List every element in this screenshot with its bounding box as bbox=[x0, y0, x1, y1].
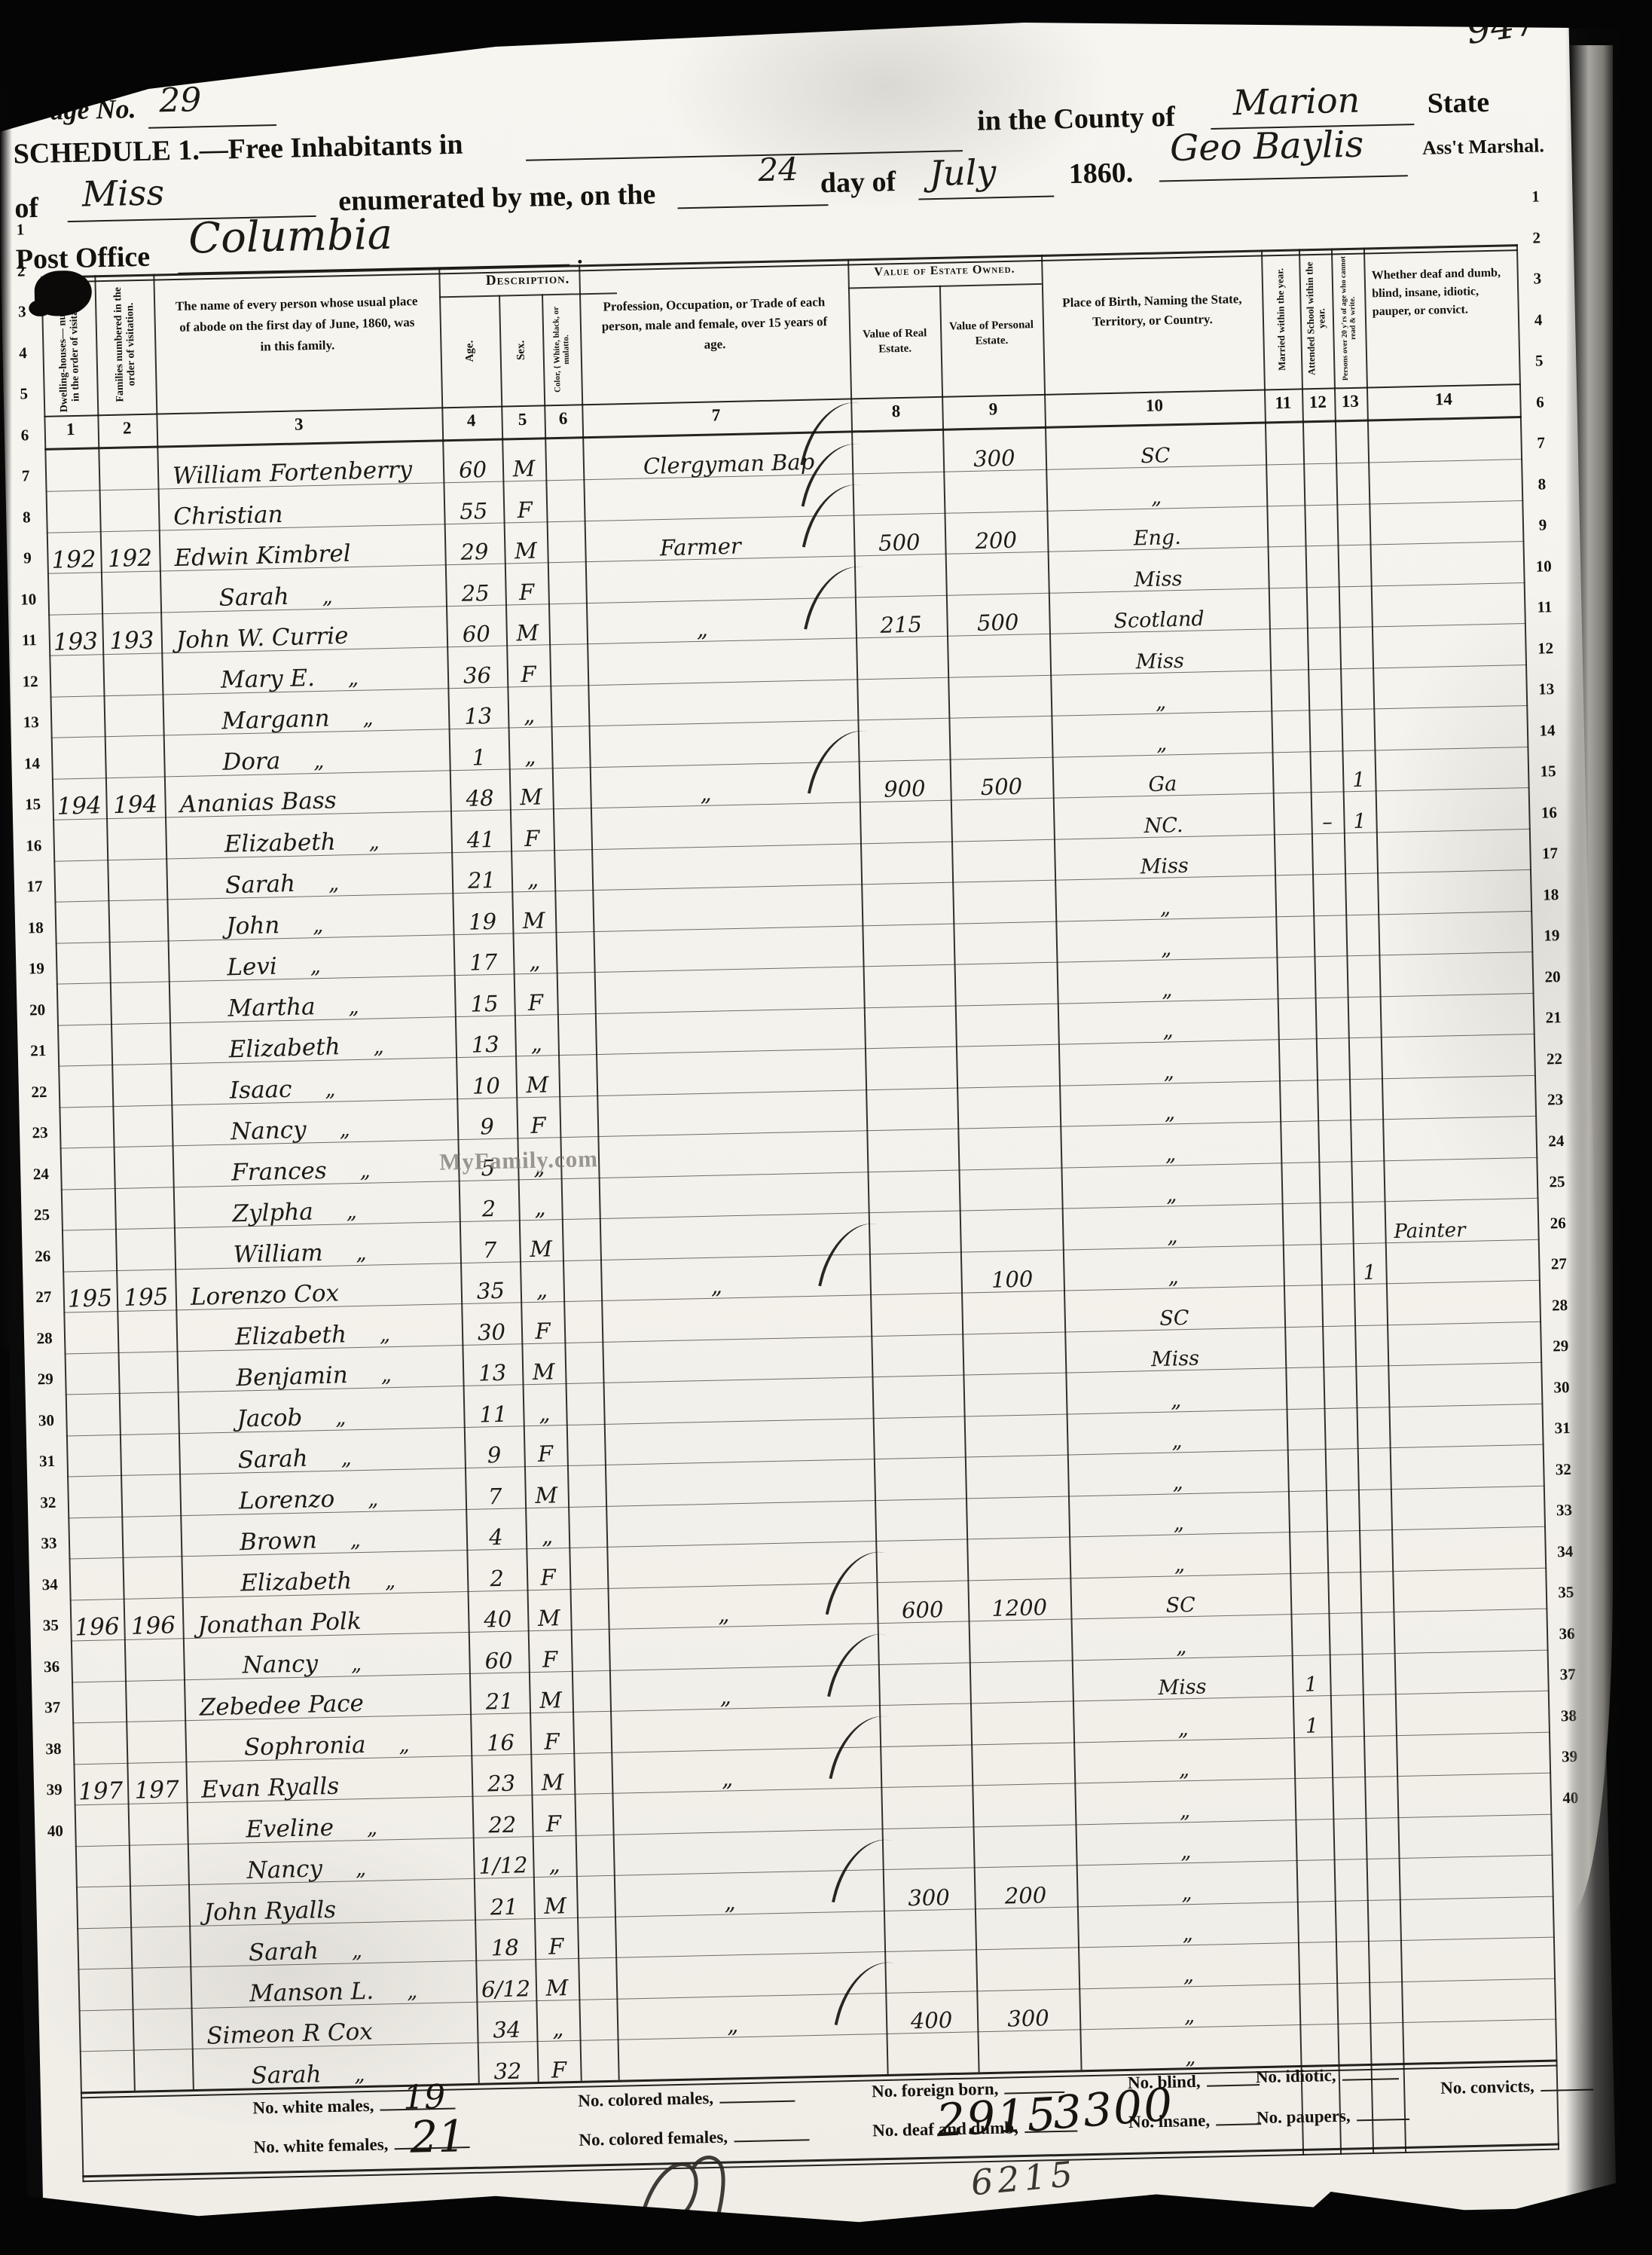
ditto-mark: „ bbox=[313, 913, 324, 937]
cell-age: 7 bbox=[460, 1239, 520, 1262]
row-number: 2 bbox=[1517, 228, 1556, 248]
cell-dwelling-number: 197 bbox=[75, 1780, 127, 1804]
ditto-mark: „ bbox=[335, 1406, 347, 1429]
row-number: 1 bbox=[1516, 187, 1555, 206]
cell-personal-estate: 300 bbox=[943, 446, 1046, 471]
row-number: 1 bbox=[2, 220, 40, 240]
column-number: 14 bbox=[1435, 390, 1453, 409]
cell-sex: M bbox=[519, 1238, 563, 1260]
cell-age: 13 bbox=[463, 1361, 523, 1385]
row-number: 15 bbox=[1529, 762, 1568, 781]
column-number: 9 bbox=[988, 399, 997, 419]
row-number: 31 bbox=[1544, 1419, 1582, 1438]
cell-sex: F bbox=[530, 1730, 574, 1752]
row-number: 13 bbox=[12, 713, 50, 732]
row-number: 4 bbox=[4, 343, 42, 362]
cell-family-number: 195 bbox=[118, 1285, 175, 1310]
row-number: 27 bbox=[1540, 1254, 1578, 1274]
cell-sex: M bbox=[533, 1894, 577, 1917]
day-label: day of bbox=[820, 165, 896, 200]
cell-age: 60 bbox=[446, 622, 506, 646]
cell-sex: „ bbox=[513, 950, 557, 973]
day-blank bbox=[678, 204, 829, 209]
person-name: Nancy bbox=[246, 1855, 322, 1884]
row-number: 21 bbox=[19, 1041, 57, 1061]
row-number: 24 bbox=[1537, 1131, 1576, 1150]
marshal-underline bbox=[1159, 175, 1408, 182]
row-number: 24 bbox=[22, 1164, 60, 1184]
cell-married: 1 bbox=[1292, 1674, 1330, 1695]
ditto-mark bbox=[405, 2020, 406, 2043]
person-name: Dora bbox=[222, 747, 281, 776]
row-number: 2 bbox=[2, 261, 41, 280]
ditto-mark: „ bbox=[385, 1569, 396, 1593]
cell-cannot-read: 1 bbox=[1353, 1262, 1386, 1283]
ditto-mark: „ bbox=[380, 1323, 391, 1346]
row-number: 6 bbox=[1521, 392, 1559, 411]
cell-age: 2 bbox=[467, 1567, 527, 1590]
cell-personal-estate: 500 bbox=[950, 775, 1053, 799]
header-estate-banner: Value of Estate Owned. bbox=[847, 255, 1042, 289]
day-value: 24 bbox=[758, 151, 799, 188]
ditto-mark: „ bbox=[310, 955, 321, 978]
person-name: Elizabeth bbox=[235, 1321, 347, 1350]
cell-sex: M bbox=[516, 1074, 560, 1096]
census-table: Dwelling-houses— numbered in the order o… bbox=[41, 244, 1559, 2182]
ditto-mark bbox=[372, 1282, 373, 1305]
person-name: Manson L. bbox=[249, 1977, 374, 2007]
row-number: 15 bbox=[14, 795, 52, 814]
row-number: 4 bbox=[1519, 310, 1558, 329]
person-name: Sarah bbox=[248, 1937, 319, 1966]
row-number: 10 bbox=[9, 589, 47, 609]
row-number: 33 bbox=[30, 1534, 69, 1554]
row-number: 29 bbox=[1542, 1337, 1580, 1356]
header-school-label: Attended School within the year. bbox=[1299, 252, 1334, 387]
cell-age: 2 bbox=[459, 1197, 519, 1221]
row-number: 8 bbox=[1523, 474, 1562, 493]
cell-age: 15 bbox=[454, 992, 515, 1016]
row-number: 9 bbox=[8, 548, 47, 568]
person-name: Benjamin bbox=[236, 1361, 348, 1392]
cell-dwelling-number: 196 bbox=[72, 1615, 123, 1640]
header-married-label: Married within the year. bbox=[1261, 252, 1302, 387]
cell-sex: F bbox=[514, 992, 557, 1014]
row-number: 20 bbox=[18, 1000, 56, 1019]
cell-age: 22 bbox=[472, 1813, 533, 1837]
row-number: 27 bbox=[25, 1288, 63, 1307]
header-color: Color, { White, black, or mulatto. bbox=[542, 296, 582, 402]
cell-sex: M bbox=[505, 622, 549, 645]
row-number: 26 bbox=[23, 1246, 62, 1266]
row-number: 35 bbox=[32, 1615, 70, 1635]
person-name: Jacob bbox=[237, 1404, 303, 1432]
cell-sex: M bbox=[531, 1771, 575, 1795]
row-number: 7 bbox=[7, 466, 45, 486]
cell-real-estate: 600 bbox=[877, 1598, 969, 1622]
column-number: 3 bbox=[295, 414, 304, 434]
person-name: Sarah bbox=[225, 870, 296, 900]
cell-personal-estate: 100 bbox=[960, 1267, 1064, 1292]
cell-age: 34 bbox=[477, 2018, 537, 2042]
cell-personal-estate: 200 bbox=[974, 1884, 1077, 1908]
row-number: 17 bbox=[1531, 844, 1569, 863]
cell-sex: „ bbox=[508, 745, 552, 768]
ditto-mark bbox=[394, 1610, 395, 1633]
cell-sex: M bbox=[504, 539, 548, 563]
column-number: 11 bbox=[1275, 393, 1291, 413]
table-body: William Fortenberry 60 M Clergyman Bap 3… bbox=[44, 417, 1557, 2092]
row-number: 5 bbox=[1520, 351, 1559, 371]
row-number: 11 bbox=[11, 631, 49, 650]
person-name: John Ryalls bbox=[203, 1896, 336, 1926]
row-number: 34 bbox=[1546, 1542, 1584, 1561]
cell-sex: F bbox=[528, 1648, 572, 1670]
convicts-blank bbox=[1541, 2086, 1593, 2092]
cell-sex: F bbox=[503, 499, 547, 521]
person-name: Brown bbox=[240, 1526, 318, 1556]
cell-age: 6/12 bbox=[476, 1978, 536, 2001]
idiotic-label: No. idiotic, bbox=[1256, 2064, 1399, 2087]
cell-cannot-read: 1 bbox=[1342, 769, 1376, 790]
cell-sex: F bbox=[510, 827, 554, 850]
cell-personal-estate: 1200 bbox=[968, 1596, 1071, 1621]
header-married: Married within the year. bbox=[1261, 252, 1302, 387]
idiotic-blank bbox=[1342, 2075, 1399, 2081]
ditto-mark: „ bbox=[346, 1200, 357, 1224]
cell-dwelling-number: 193 bbox=[50, 630, 102, 655]
header-school: Attended School within the year. bbox=[1299, 252, 1334, 387]
cell-sex: F bbox=[527, 1566, 570, 1588]
person-name: Eveline bbox=[246, 1813, 334, 1843]
row-number: 14 bbox=[1528, 720, 1567, 740]
person-name: Elizabeth bbox=[240, 1567, 353, 1597]
page-no-underline bbox=[148, 124, 276, 129]
cell-family-number: 197 bbox=[129, 1778, 185, 1803]
person-name: Elizabeth bbox=[228, 1033, 340, 1063]
page-no-label: Page No. bbox=[33, 93, 136, 127]
census-scan-sheet: Page No. 29 947 SCHEDULE 1.—Free Inhabit… bbox=[0, 0, 1652, 2255]
cell-sex: „ bbox=[508, 704, 551, 727]
row-number: 14 bbox=[13, 753, 51, 773]
cell-school: – bbox=[1311, 811, 1344, 833]
person-name: John bbox=[226, 912, 280, 940]
county-value: Marion bbox=[1232, 80, 1360, 124]
column-number: 10 bbox=[1146, 396, 1164, 415]
state-label: State bbox=[1427, 86, 1489, 121]
cell-family-number: 194 bbox=[107, 793, 163, 817]
person-name: Isaac bbox=[230, 1075, 292, 1104]
cell-age: 19 bbox=[453, 910, 513, 933]
row-number: 37 bbox=[1549, 1665, 1587, 1685]
colored-males-label: No. colored males, bbox=[578, 2087, 795, 2111]
cell-family-number: 196 bbox=[125, 1614, 182, 1639]
person-name: Nancy bbox=[242, 1650, 318, 1679]
cell-married: 1 bbox=[1293, 1715, 1331, 1736]
row-number: 40 bbox=[36, 1821, 75, 1841]
ditto-mark: „ bbox=[356, 1241, 367, 1264]
row-number: 19 bbox=[17, 959, 56, 979]
white-males-text: No. white males, bbox=[252, 2096, 374, 2118]
person-name: Sarah bbox=[218, 582, 289, 611]
ditto-mark bbox=[316, 503, 316, 527]
page-no-value: 29 bbox=[159, 81, 202, 120]
county-label: in the County of bbox=[977, 100, 1176, 138]
ditto-mark: „ bbox=[407, 1979, 418, 2003]
state-value: Miss bbox=[81, 172, 164, 214]
cell-age: 36 bbox=[447, 664, 508, 687]
column-number: 8 bbox=[891, 402, 900, 421]
ditto-mark: „ bbox=[340, 1447, 352, 1470]
cell-sex: „ bbox=[526, 1525, 569, 1548]
cell-age: 60 bbox=[469, 1649, 529, 1673]
column-number: 2 bbox=[123, 418, 132, 438]
cell-age: 9 bbox=[457, 1115, 518, 1138]
cell-sex: F bbox=[517, 1114, 560, 1138]
ditto-mark: „ bbox=[354, 2063, 365, 2086]
cell-age: 55 bbox=[444, 500, 504, 523]
ditto-mark: „ bbox=[322, 585, 333, 608]
row-number: 39 bbox=[35, 1780, 74, 1799]
cell-sex: „ bbox=[515, 1032, 558, 1056]
cell-personal-estate: 300 bbox=[977, 2006, 1080, 2031]
row-number: 30 bbox=[1543, 1377, 1581, 1397]
white-females-value: 21 bbox=[410, 2110, 466, 2163]
header-remarks: Whether deaf and dumb, blind, insane, id… bbox=[1363, 264, 1516, 321]
ditto-mark bbox=[383, 542, 384, 565]
row-number: 23 bbox=[1536, 1090, 1574, 1110]
ditto-mark: „ bbox=[367, 1816, 378, 1839]
person-name: Frances bbox=[231, 1157, 327, 1186]
row-number: 11 bbox=[1525, 597, 1564, 617]
convicts-text: No. convicts, bbox=[1440, 2076, 1534, 2098]
column-number: 6 bbox=[559, 409, 568, 429]
row-number: 9 bbox=[1524, 515, 1562, 535]
month-value: July bbox=[929, 151, 997, 194]
census-page: Page No. 29 947 SCHEDULE 1.—Free Inhabit… bbox=[0, 0, 1617, 2241]
cell-sex: „ bbox=[518, 1196, 562, 1220]
cell-age: 10 bbox=[457, 1074, 517, 1098]
ditto-mark bbox=[372, 1774, 373, 1798]
colored-females-blank bbox=[734, 2136, 809, 2142]
cell-age: 1/12 bbox=[473, 1854, 533, 1878]
cell-sex: F bbox=[537, 2058, 581, 2081]
paupers-text: No. paupers, bbox=[1257, 2107, 1351, 2128]
row-number: 28 bbox=[26, 1328, 64, 1348]
header-occupation: Profession, Occupation, or Trade of each… bbox=[579, 292, 850, 358]
cell-dwelling-number: 194 bbox=[53, 794, 105, 819]
row-number: 16 bbox=[1530, 802, 1568, 822]
ditto-mark: „ bbox=[362, 707, 374, 730]
marshal-signature: Geo Baylis bbox=[1169, 124, 1363, 170]
bottom-number: 6215 bbox=[970, 2153, 1079, 2204]
cell-cannot-read: 1 bbox=[1343, 811, 1376, 832]
cell-sex: M bbox=[512, 909, 556, 932]
row-number: 29 bbox=[26, 1370, 65, 1389]
row-number: 10 bbox=[1525, 556, 1563, 576]
row-number: 6 bbox=[6, 425, 44, 445]
person-name: Christian bbox=[173, 500, 283, 530]
ditto-mark bbox=[381, 625, 382, 648]
row-number: 32 bbox=[29, 1493, 68, 1512]
cell-sex: M bbox=[536, 1976, 579, 1999]
column-number: 1 bbox=[66, 420, 75, 439]
column-number: 7 bbox=[712, 405, 721, 425]
cell-sex: M bbox=[522, 1361, 566, 1384]
cell-age: 48 bbox=[450, 787, 510, 810]
row-number: 8 bbox=[8, 507, 46, 527]
cell-personal-estate: 200 bbox=[945, 528, 1048, 553]
column-number: 4 bbox=[467, 411, 476, 430]
cell-remarks: Painter bbox=[1385, 1218, 1536, 1241]
header-description-banner: Description. bbox=[438, 264, 617, 298]
row-number: 36 bbox=[1548, 1624, 1586, 1643]
ditto-mark: „ bbox=[348, 666, 359, 689]
ditto-mark: „ bbox=[351, 1652, 362, 1676]
header-sex-label: Sex. bbox=[499, 297, 544, 403]
cell-age: 11 bbox=[463, 1403, 524, 1426]
ditto-mark: „ bbox=[325, 1077, 336, 1101]
ditto-mark bbox=[396, 1691, 397, 1715]
cell-age: 21 bbox=[474, 1896, 534, 1919]
cell-age: 4 bbox=[466, 1526, 527, 1549]
header-cannot-read: Persons over 20 y'rs of age who cannot r… bbox=[1331, 251, 1366, 386]
ditto-mark: „ bbox=[398, 1733, 410, 1756]
row-number: 20 bbox=[1534, 967, 1572, 986]
row-number: 22 bbox=[1535, 1049, 1574, 1068]
cell-age: 18 bbox=[475, 1936, 535, 1960]
row-number: 38 bbox=[1550, 1706, 1588, 1725]
person-name: Levi bbox=[227, 953, 277, 982]
row-number: 13 bbox=[1527, 680, 1565, 699]
column-number: 5 bbox=[518, 410, 527, 429]
cell-family-number: 193 bbox=[103, 628, 160, 653]
cell-age: 13 bbox=[448, 704, 508, 728]
cell-real-estate: 215 bbox=[855, 613, 947, 637]
header-sex: Sex. bbox=[499, 297, 544, 403]
row-number: 23 bbox=[21, 1123, 60, 1143]
row-number: 5 bbox=[5, 384, 43, 404]
cell-sex: M bbox=[524, 1484, 568, 1507]
cell-age: 1 bbox=[449, 746, 509, 769]
row-number: 18 bbox=[17, 918, 55, 937]
header-name: The name of every person whose usual pla… bbox=[154, 290, 441, 359]
cell-age: 16 bbox=[471, 1731, 531, 1755]
header-real-estate: Value of Real Estate. bbox=[849, 326, 941, 358]
cell-sex: F bbox=[532, 1812, 576, 1835]
real-estate-total: 2915 bbox=[935, 2088, 1058, 2147]
colored-females-text: No. colored females, bbox=[579, 2128, 728, 2150]
person-name: Martha bbox=[227, 993, 316, 1022]
row-number: 25 bbox=[1538, 1172, 1577, 1192]
row-number: 32 bbox=[1544, 1459, 1583, 1479]
corner-number: 947 bbox=[1464, 0, 1541, 53]
cell-sex: F bbox=[507, 663, 551, 686]
ditto-mark bbox=[369, 789, 370, 812]
person-name: Nancy bbox=[231, 1117, 307, 1146]
month-underline bbox=[918, 196, 1054, 200]
post-office-value: Columbia bbox=[188, 210, 393, 264]
cell-dwelling-number: 195 bbox=[65, 1287, 116, 1312]
schedule-title: SCHEDULE 1.—Free Inhabitants in bbox=[13, 128, 463, 171]
person-name: Sophronia bbox=[244, 1731, 366, 1761]
cell-real-estate: 400 bbox=[886, 2009, 978, 2033]
header-birthplace: Place of Birth, Naming the State, Territ… bbox=[1042, 289, 1263, 334]
cell-age: 13 bbox=[455, 1033, 515, 1056]
header-age: Age. bbox=[439, 298, 501, 405]
convicts-label: No. convicts, bbox=[1440, 2076, 1593, 2098]
insane-blank bbox=[1216, 2120, 1261, 2125]
ditto-mark: „ bbox=[350, 1529, 361, 1552]
ditto-mark bbox=[369, 1898, 370, 1921]
person-name: Sarah bbox=[237, 1445, 308, 1474]
colored-males-blank bbox=[719, 2098, 795, 2104]
row-number: 33 bbox=[1545, 1501, 1583, 1520]
header-cannot-read-label: Persons over 20 y'rs of age who cannot r… bbox=[1331, 251, 1366, 386]
personal-estate-total: 3300 bbox=[1051, 2079, 1175, 2140]
row-number: 17 bbox=[16, 877, 54, 897]
idiotic-text: No. idiotic, bbox=[1256, 2066, 1336, 2086]
cell-dwelling-number: 192 bbox=[48, 548, 99, 573]
cell-age: 17 bbox=[453, 951, 514, 974]
cell-sex: „ bbox=[533, 1853, 576, 1877]
ditto-mark: „ bbox=[348, 995, 359, 1018]
person-name: Margann bbox=[221, 704, 330, 735]
ditto-mark: „ bbox=[356, 1857, 367, 1881]
row-number: 35 bbox=[1547, 1583, 1586, 1603]
row-number: 26 bbox=[1539, 1213, 1577, 1233]
cell-age: 40 bbox=[468, 1608, 528, 1631]
colored-males-text: No. colored males, bbox=[578, 2088, 713, 2110]
row-number: 22 bbox=[20, 1082, 59, 1102]
white-females-text: No. white females, bbox=[253, 2134, 388, 2156]
person-name: William bbox=[233, 1239, 323, 1269]
row-number: 25 bbox=[23, 1205, 61, 1225]
cell-age: 29 bbox=[444, 540, 505, 564]
cell-age: 41 bbox=[450, 828, 511, 851]
colored-females-label: No. colored females, bbox=[579, 2125, 809, 2150]
ditto-mark: „ bbox=[359, 1159, 371, 1182]
cell-age: 7 bbox=[465, 1485, 525, 1508]
row-number: 18 bbox=[1531, 885, 1570, 904]
row-number: 38 bbox=[35, 1739, 73, 1758]
header-personal-estate: Value of Personal Estate. bbox=[940, 318, 1043, 350]
cell-personal-estate: 500 bbox=[946, 610, 1049, 635]
cell-sex: „ bbox=[523, 1402, 566, 1425]
cell-family-number: 192 bbox=[102, 546, 158, 571]
ditto-mark: „ bbox=[351, 1939, 362, 1963]
row-number: 37 bbox=[34, 1697, 72, 1717]
row-number: 12 bbox=[11, 671, 50, 691]
cell-age: 21 bbox=[469, 1690, 530, 1713]
ditto-mark: „ bbox=[368, 1487, 379, 1511]
cell-real-estate: 300 bbox=[883, 1886, 975, 1910]
cell-age: 35 bbox=[460, 1279, 521, 1303]
cell-real-estate: 500 bbox=[853, 530, 945, 555]
year-label: 1860. bbox=[1068, 156, 1133, 191]
row-number: 3 bbox=[1519, 269, 1557, 289]
cell-age: 32 bbox=[478, 2060, 538, 2083]
row-number: 40 bbox=[1552, 1788, 1590, 1807]
row-number: 28 bbox=[1541, 1295, 1579, 1315]
cell-age: 60 bbox=[443, 458, 503, 481]
ditto-mark: „ bbox=[328, 872, 340, 895]
cell-sex: „ bbox=[520, 1279, 563, 1302]
cell-age: 25 bbox=[445, 582, 505, 605]
row-number: 31 bbox=[28, 1452, 66, 1471]
cell-real-estate: 900 bbox=[859, 777, 951, 801]
cell-sex: F bbox=[505, 581, 548, 603]
